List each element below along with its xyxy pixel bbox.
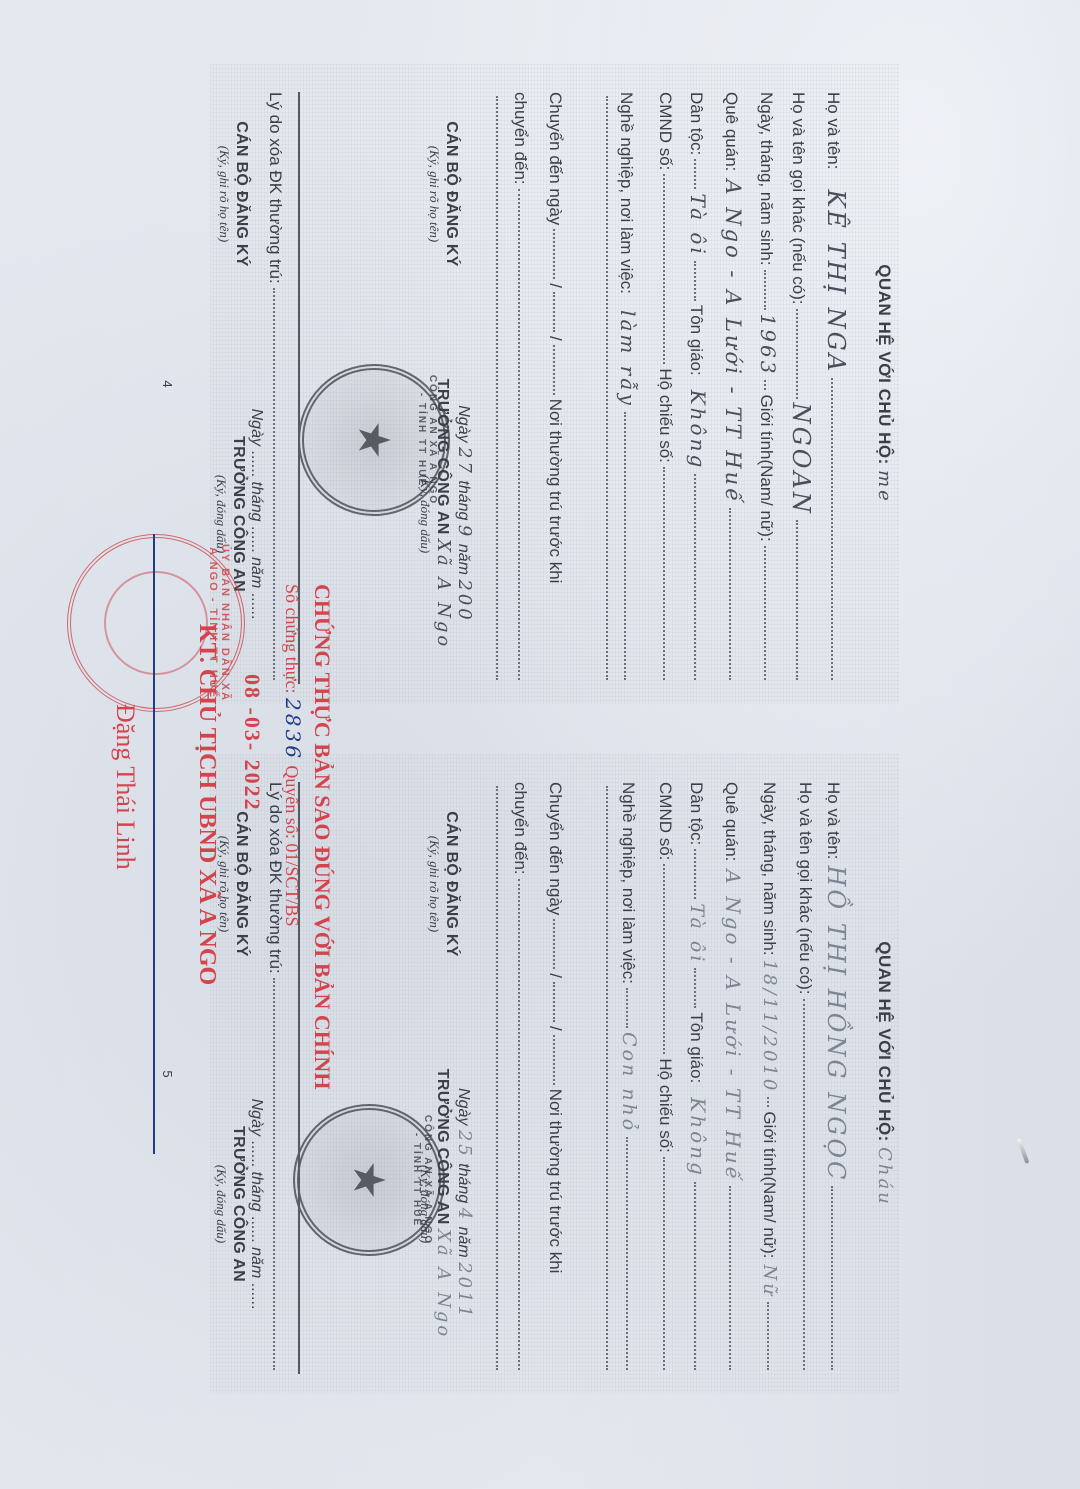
religion-value: Không [686, 390, 710, 471]
ethnicity-value: Tà ôi [686, 903, 708, 964]
religion-value: Không [686, 1097, 710, 1178]
certifier-name: Đặng Thái Linh [110, 704, 140, 870]
star-icon: ★ [349, 420, 400, 459]
registration-book-spread: QUAN HỆ VỚI CHỦ HỘ: me Họ và tên: KÊ THỊ… [90, 64, 990, 1424]
occupation-row: Nghề nghiệp, nơi làm việc: làm rẫy [616, 92, 640, 684]
certification-date: 08 -03- 2022 [239, 674, 265, 812]
hometown-value: A Ngo - A Lưới - TT Huế [721, 869, 745, 1182]
id-passport-row: CMND số: Hộ chiếu số: [655, 92, 675, 684]
registrar-signature-block: CÁN BỘ ĐĂNG KÝ (Ký, ghi rõ họ tên) [426, 784, 460, 984]
police-seal: CÔNG AN XÃ A NGO - TỈNH TT HUẾ ★ [293, 1104, 445, 1256]
occupation-value: Con nhỏ [618, 1032, 640, 1133]
certification-number: 2836 [281, 698, 305, 761]
relationship-value: Cháu [874, 1147, 895, 1207]
moved-in-row: Chuyển đến ngày / / Nơi thường trú trước… [545, 782, 565, 1374]
ethnicity-religion-row: Dân tộc: Tà ôi Tôn giáo: Không [686, 782, 710, 1374]
dob-row: Ngày, tháng, năm sinh: 1963 Giới tính(Na… [756, 92, 780, 684]
removal-registrar-block: CÁN BỘ ĐĂNG KÝ (Ký, ghi rõ họ tên) [216, 94, 250, 294]
gender-value: Nữ [759, 1265, 780, 1298]
full-name-value: KÊ THỊ NGA [822, 190, 850, 375]
full-name-row: Họ và tên: HỒ THỊ HỒNG NGỌC [822, 782, 850, 1374]
page-5: QUAN HỆ VỚI CHỦ HỘ: Cháu Họ và tên: HỒ T… [90, 754, 990, 1394]
other-name-row: Họ và tên gọi khác (nếu có): NGOAN [787, 92, 815, 684]
dob-value: 1963 [756, 314, 780, 377]
dob-value: 18/11/2010 [759, 960, 780, 1094]
relationship-value: me [874, 470, 895, 504]
moved-from-row: chuyển đến: [510, 782, 530, 1374]
moved-in-row: Chuyển đến ngày / / Nơi thường trú trước… [545, 92, 565, 684]
registration-date: Ngày 25 tháng 4 năm 2011 [454, 1034, 475, 1374]
hometown-value: A Ngo - A Lưới - TT Huế [721, 179, 745, 504]
ethnicity-value: Tà ôi [686, 193, 710, 257]
blank-line [493, 782, 495, 1374]
moved-from-row: chuyển đến: [510, 92, 530, 684]
certification-number-row: Số chứng thực: 2836 Quyển số: 01/SCT/BS [281, 584, 305, 926]
id-passport-row: CMND số: Hộ chiếu số: [655, 782, 675, 1374]
star-icon: ★ [344, 1160, 395, 1199]
ethnicity-religion-row: Dân tộc: Tà ôi Tôn giáo: Không [686, 92, 710, 684]
relationship-heading: QUAN HỆ VỚI CHỦ HỘ: Cháu [874, 754, 895, 1394]
police-seal: CÔNG AN XÃ A NGO - TỈNH TT HUẾ ★ [298, 364, 450, 516]
hometown-row: Quê quán: A Ngo - A Lưới - TT Huế [721, 92, 745, 684]
occupation-value: làm rẫy [616, 310, 640, 408]
other-name-row: Họ và tên gọi khác (nếu có): [795, 782, 815, 1374]
blank-line [493, 92, 495, 684]
other-name-value: NGOAN [787, 403, 815, 516]
removal-registrar-block: CÁN BỘ ĐĂNG KÝ (Ký, ghi rõ họ tên) [216, 784, 250, 984]
full-name-row: Họ và tên: KÊ THỊ NGA [822, 92, 850, 684]
blank-line [603, 92, 605, 684]
page-number: 5 [160, 754, 175, 1394]
blank-line [603, 782, 605, 1374]
occupation-row: Nghề nghiệp, nơi làm việc: Con nhỏ [618, 782, 640, 1374]
full-name-value: HỒ THỊ HỒNG NGỌC [822, 866, 850, 1183]
relationship-heading: QUAN HỆ VỚI CHỦ HỘ: me [874, 64, 895, 704]
registration-date: Ngày 27 tháng 9 năm 200 [454, 344, 475, 684]
registrar-signature-block: CÁN BỘ ĐĂNG KÝ (Ký, ghi rõ họ tên) [426, 94, 460, 294]
hometown-row: Quê quán: A Ngo - A Lưới - TT Huế [721, 782, 745, 1374]
certification-title: CHỨNG THỰC BẢN SAO ĐÚNG VỚI BẢN CHÍNH [309, 584, 335, 1089]
removal-chief-block: Ngày ...... tháng ...... năm ...... TRƯỞ… [213, 1034, 265, 1374]
commune-seal: ỦY BAN NHÂN DÂN XÃ A NGO - TỈNH TT HUẾ [67, 534, 245, 712]
dob-row: Ngày, tháng, năm sinh: 18/11/2010 Giới t… [759, 782, 780, 1374]
certifier-signature [153, 534, 155, 1154]
